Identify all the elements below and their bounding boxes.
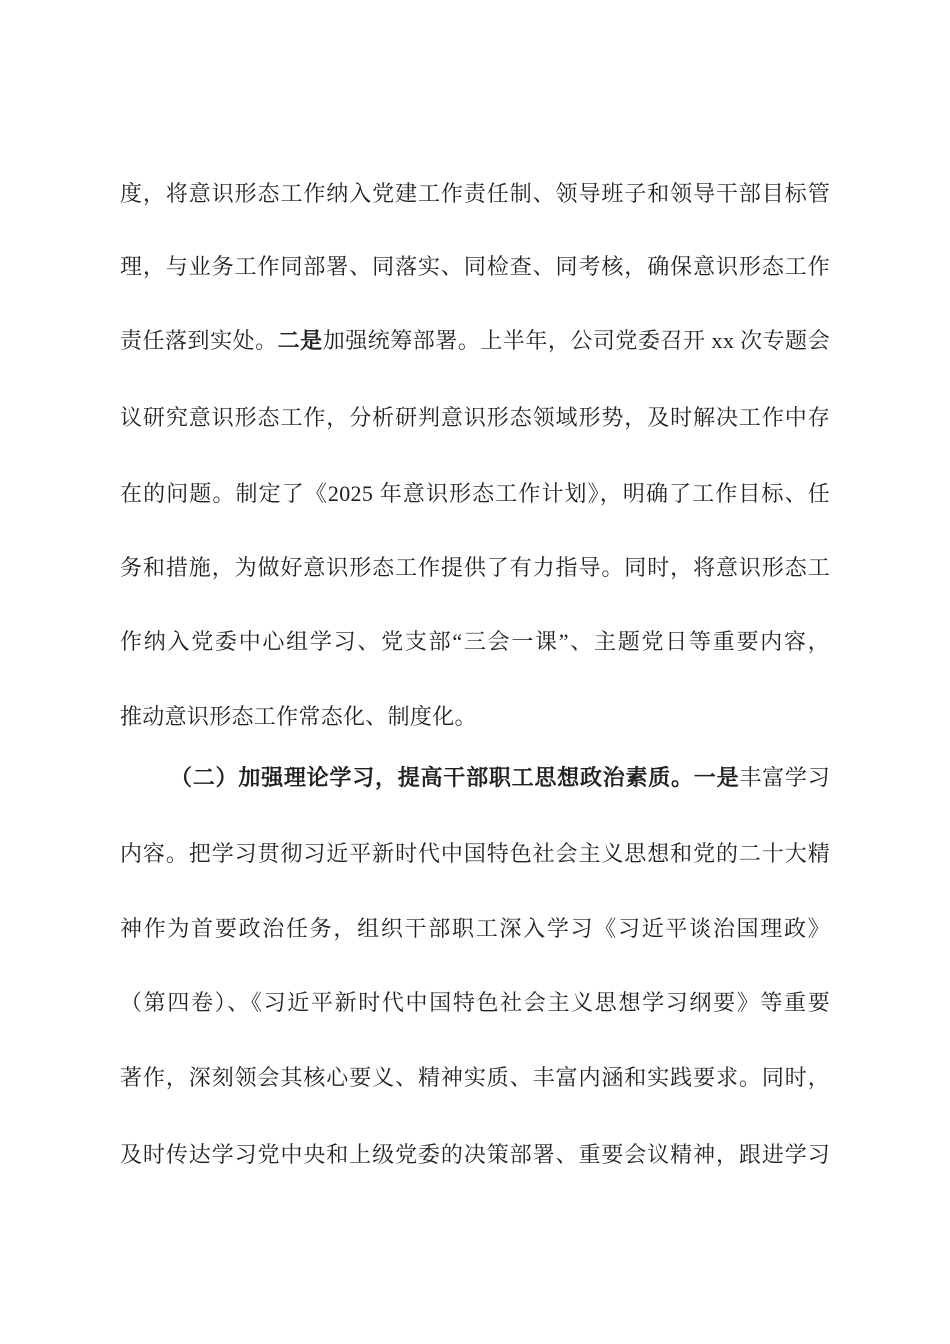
line-text: 度，将意识形态工作纳入党建工作责任制、领导班子和领导干部目标管: [120, 181, 830, 206]
line-text: 内容。把学习贯彻习近平新时代中国特色社会主义思想和党的二十大精: [120, 841, 830, 866]
document-line: 作纳入党委中心组学习、党支部“三会一课”、主题党日等重要内容，: [120, 625, 830, 659]
document-line: 推动意识形态工作常态化、制度化。: [120, 700, 830, 734]
document-page: 度，将意识形态工作纳入党建工作责任制、领导班子和领导干部目标管 理，与业务工作同…: [0, 0, 950, 1344]
line-text: 及时传达学习党中央和上级党委的决策部署、重要会议精神，跟进学习: [120, 1142, 830, 1167]
line-text: 推动意识形态工作常态化、制度化。: [120, 704, 477, 729]
document-line: 议研究意识形态工作，分析研判意识形态领域形势，及时解决工作中存: [120, 401, 830, 435]
document-line: 在的问题。制定了《2025 年意识形态工作计划》，明确了工作目标、任: [120, 477, 830, 511]
document-line: 务和措施，为做好意识形态工作提供了有力指导。同时，将意识形态工: [120, 551, 830, 585]
line-text: 责任落到实处。: [120, 328, 278, 353]
line-text: 著作，深刻领会其核心要义、精神实质、丰富内涵和实践要求。同时，: [120, 1065, 830, 1090]
document-line: 神作为首要政治任务，组织干部职工深入学习《习近平谈治国理政》: [120, 912, 830, 946]
document-line: 著作，深刻领会其核心要义、精神实质、丰富内涵和实践要求。同时，: [120, 1061, 830, 1095]
line-text-bold: 二是: [278, 328, 323, 353]
line-text: 理，与业务工作同部署、同落实、同检查、同考核，确保意识形态工作: [120, 254, 830, 279]
line-text: 加强统筹部署。上半年，公司党委召开 xx 次专题会: [323, 328, 830, 353]
document-line: 度，将意识形态工作纳入党建工作责任制、领导班子和领导干部目标管: [120, 177, 830, 211]
document-line: 责任落到实处。二是加强统筹部署。上半年，公司党委召开 xx 次专题会: [120, 324, 830, 358]
line-text: 丰富学习: [739, 765, 830, 790]
section-heading-text: （二）加强理论学习，提高干部职工思想政治素质。一是: [170, 765, 739, 790]
line-text: 务和措施，为做好意识形态工作提供了有力指导。同时，将意识形态工: [120, 555, 830, 580]
document-line: 及时传达学习党中央和上级党委的决策部署、重要会议精神，跟进学习: [120, 1138, 830, 1172]
line-text: 神作为首要政治任务，组织干部职工深入学习《习近平谈治国理政》: [120, 916, 830, 941]
document-line: 内容。把学习贯彻习近平新时代中国特色社会主义思想和党的二十大精: [120, 837, 830, 871]
document-line: 理，与业务工作同部署、同落实、同检查、同考核，确保意识形态工作: [120, 250, 830, 284]
line-text: 议研究意识形态工作，分析研判意识形态领域形势，及时解决工作中存: [120, 405, 830, 430]
line-text: 在的问题。制定了《2025 年意识形态工作计划》，明确了工作目标、任: [120, 481, 830, 506]
line-text: 作纳入党委中心组学习、党支部“三会一课”、主题党日等重要内容，: [120, 629, 830, 654]
section-heading-line: （二）加强理论学习，提高干部职工思想政治素质。一是丰富学习: [120, 761, 830, 795]
document-line: （第四卷）、《习近平新时代中国特色社会主义思想学习纲要》等重要: [120, 986, 830, 1020]
line-text: （第四卷）、《习近平新时代中国特色社会主义思想学习纲要》等重要: [120, 990, 830, 1015]
